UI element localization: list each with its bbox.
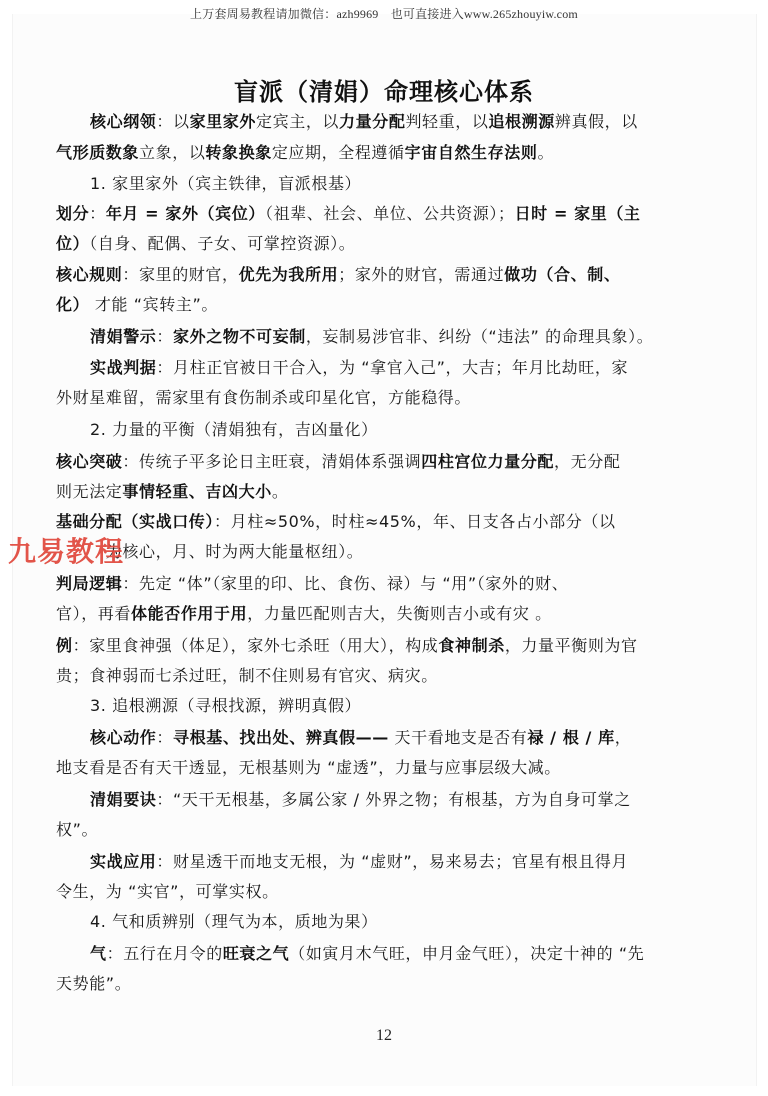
text-line: 气：五行在月令的旺衰之气（如寅月木气旺，申月金气旺），决定十神的 “先 <box>90 943 730 965</box>
text-segment: ：“天干无根基，多属公家 / 外界之物；有根基，方为自身可掌之 <box>156 790 630 809</box>
text-line: 3. 追根溯源（寻根找源，辨明真假） <box>90 695 730 717</box>
text-segment: 。 <box>272 482 289 501</box>
text-segment: 天势能”。 <box>56 974 131 993</box>
text-segment: （祖辈、社会、单位、公共资源）； <box>265 204 515 223</box>
text-line: 2. 力量的平衡（清娟独有，吉凶量化） <box>90 419 730 441</box>
text-segment: 1. 家里家外（宾主铁律，盲派根基） <box>90 174 361 193</box>
text-segment: ：以 <box>156 112 189 131</box>
text-segment: 定应期，全程遵循 <box>272 143 405 162</box>
text-segment: （如寅月木气旺，申月金气旺），决定十神的 “先 <box>289 944 644 963</box>
text-segment: ：月柱正官被日干合入，为 “拿官入己”，大吉；年月比劫旺，家 <box>156 358 628 377</box>
text-segment: 。 <box>537 143 554 162</box>
text-segment: 立象，以 <box>139 143 205 162</box>
bold-term: 做功（合、制、 <box>504 265 620 284</box>
text-line: 核心纲领：以家里家外定宾主，以力量分配判轻重，以追根溯源辨真假，以 <box>90 111 730 133</box>
bold-term: 力量分配 <box>339 112 405 131</box>
bold-term: 实战判据 <box>90 358 156 377</box>
text-line: 例：家里食神强（体足），家外七杀旺（用大），构成食神制杀，力量平衡则为官 <box>56 635 696 657</box>
text-segment: ， <box>615 728 632 747</box>
text-segment: 天干看地支是否有 <box>389 728 528 747</box>
text-segment: 地支看是否有天干透显，无根基则为 “虚透”，力量与应事层级大减。 <box>56 758 561 777</box>
text-line: 基础分配（实战口传）：月柱≈50%，时柱≈45%，年、日支各占小部分（以 <box>56 511 696 533</box>
bold-term: 位） <box>56 234 89 253</box>
text-segment: ，无分配 <box>554 452 620 471</box>
text-segment: ： <box>156 728 173 747</box>
text-segment: ：家里食神强（体足），家外七杀旺（用大），构成 <box>73 636 439 655</box>
bold-term: 实战应用 <box>90 852 156 871</box>
text-segment: 3. 追根溯源（寻根找源，辨明真假） <box>90 696 361 715</box>
bold-term: 家外之物不可妄制 <box>173 327 306 346</box>
text-segment: 辨真假，以 <box>555 112 638 131</box>
text-segment: ：先定 “体”（家里的印、比、食伤、禄）与 “用”（家外的财、 <box>122 574 568 593</box>
text-line: 令生，为 “实官”，可掌实权。 <box>56 881 696 903</box>
text-line: 核心突破：传统子平多论日主旺衰，清娟体系强调四柱宫位力量分配，无分配 <box>56 451 696 473</box>
text-segment: 权”。 <box>56 820 98 839</box>
bold-term: 划分 <box>56 204 89 223</box>
text-line: 划分：年月 = 家外（宾位）（祖辈、社会、单位、公共资源）；日时 = 家里（主 <box>56 203 696 225</box>
text-segment: 4. 气和质辨别（理气为本，质地为果） <box>90 912 378 931</box>
bold-term: 旺衰之气 <box>223 944 289 963</box>
text-segment: ：家里的财官， <box>122 265 238 284</box>
bold-term: 清娟要诀 <box>90 790 156 809</box>
text-line: 官），再看体能否作用于用，力量匹配则吉大，失衡则吉小或有灾 。 <box>56 603 696 625</box>
bold-term: 气 <box>90 944 107 963</box>
bold-term: 例 <box>56 636 73 655</box>
text-segment: 判轻重，以 <box>405 112 488 131</box>
text-segment: ：传统子平多论日主旺衰，清娟体系强调 <box>122 452 421 471</box>
text-segment: 贵；食神弱而七杀过旺，制不住则易有官灾、病灾。 <box>56 666 438 685</box>
bold-term: 清娟警示 <box>90 327 156 346</box>
text-line: 核心动作：寻根基、找出处、辨真假—— 天干看地支是否有禄 / 根 / 库， <box>90 727 730 749</box>
page-number: 12 <box>0 1027 768 1045</box>
text-segment: （自身、配偶、子女、可掌控资源）。 <box>89 234 355 253</box>
text-segment: 定宾主，以 <box>256 112 339 131</box>
text-segment: 则无法定 <box>56 482 122 501</box>
text-line: 实战判据：月柱正官被日干合入，为 “拿官入己”，大吉；年月比劫旺，家 <box>90 357 730 379</box>
text-line: 外财星难留，需家里有食伤制杀或印星化官，方能稳得。 <box>56 387 696 409</box>
bold-term: 追根溯源 <box>488 112 554 131</box>
text-segment: ；家外的财官，需通过 <box>338 265 504 284</box>
text-segment: ，力量平衡则为官 <box>505 636 638 655</box>
bold-term: 家里家外 <box>190 112 256 131</box>
bold-term: 气形质数象 <box>56 143 139 162</box>
watermark-logo: 九易教程 <box>8 530 124 570</box>
text-segment: 2. 力量的平衡（清娟独有，吉凶量化） <box>90 420 378 439</box>
bold-term: 判局逻辑 <box>56 574 122 593</box>
text-line: 4. 气和质辨别（理气为本，质地为果） <box>90 911 730 933</box>
text-segment: ：五行在月令的 <box>107 944 223 963</box>
text-segment: 令生，为 “实官”，可掌实权。 <box>56 882 279 901</box>
bold-term: 核心动作 <box>90 728 156 747</box>
text-line: 判局逻辑：先定 “体”（家里的印、比、食伤、禄）与 “用”（家外的财、 <box>56 573 696 595</box>
bold-term: 优先为我所用 <box>239 265 339 284</box>
bold-term: 化） <box>56 295 89 314</box>
bold-term: 转象换象 <box>205 143 271 162</box>
text-line: 天势能”。 <box>56 973 696 995</box>
bold-term: 宇宙自然生存法则 <box>405 143 538 162</box>
text-segment: 官），再看 <box>56 604 131 623</box>
text-line: 权”。 <box>56 819 696 841</box>
text-line: 清娟要诀：“天干无根基，多属公家 / 外界之物；有根基，方为自身可掌之 <box>90 789 730 811</box>
bold-term: 体能否作用于用 <box>131 604 247 623</box>
header-promo-note: 上万套周易教程请加微信：azh9969 也可直接进入www.265zhouyiw… <box>0 5 768 22</box>
text-segment: ，妄制易涉官非、纠纷（“违法” 的命理具象）。 <box>306 327 653 346</box>
bold-term: 年月 = 家外（宾位） <box>106 204 265 223</box>
text-line: 位）（自身、配偶、子女、可掌控资源）。 <box>56 233 696 255</box>
page-title: 盲派（清娟）命理核心体系 <box>0 72 768 107</box>
text-segment: ： <box>89 204 106 223</box>
bold-term: 日时 = 家里（主 <box>515 204 641 223</box>
text-line: 实战应用：财星透干而地支无根，为 “虚财”，易来易去；官星有根且得月 <box>90 851 730 873</box>
text-line: 化） 才能 “宾转主”。 <box>56 294 696 316</box>
bold-term: 核心突破 <box>56 452 122 471</box>
bold-term: 食神制杀 <box>438 636 504 655</box>
text-segment: ：月柱≈50%，时柱≈45%，年、日支各占小部分（以 <box>214 512 616 531</box>
bold-term: 四柱宫位力量分配 <box>421 452 554 471</box>
bold-term: 禄 / 根 / 库 <box>527 728 614 747</box>
bold-term: 核心规则 <box>56 265 122 284</box>
text-segment: 外财星难留，需家里有食伤制杀或印星化官，方能稳得。 <box>56 388 471 407</box>
text-line: 1. 家里家外（宾主铁律，盲派根基） <box>90 173 730 195</box>
bold-term: 基础分配（实战口传） <box>56 512 214 531</box>
text-line: 气形质数象立象，以转象换象定应期，全程遵循宇宙自然生存法则。 <box>56 142 696 164</box>
text-line: 核心规则：家里的财官，优先为我所用；家外的财官，需通过做功（合、制、 <box>56 264 696 286</box>
bold-term: 事情轻重、吉凶大小 <box>122 482 271 501</box>
text-line: 地支看是否有天干透显，无根基则为 “虚透”，力量与应事层级大减。 <box>56 757 696 779</box>
text-segment: ：财星透干而地支无根，为 “虚财”，易来易去；官星有根且得月 <box>156 852 628 871</box>
bold-term: 核心纲领 <box>90 112 156 131</box>
text-segment: ： <box>156 327 173 346</box>
text-line: 为核心，月、时为两大能量枢纽）。 <box>56 541 696 563</box>
text-line: 则无法定事情轻重、吉凶大小。 <box>56 481 696 503</box>
text-segment: ，力量匹配则吉大，失衡则吉小或有灾 。 <box>247 604 552 623</box>
text-segment: 才能 “宾转主”。 <box>89 295 218 314</box>
text-line: 贵；食神弱而七杀过旺，制不住则易有官灾、病灾。 <box>56 665 696 687</box>
text-line: 清娟警示：家外之物不可妄制，妄制易涉官非、纠纷（“违法” 的命理具象）。 <box>90 326 730 348</box>
bold-term: 寻根基、找出处、辨真假—— <box>173 728 389 747</box>
